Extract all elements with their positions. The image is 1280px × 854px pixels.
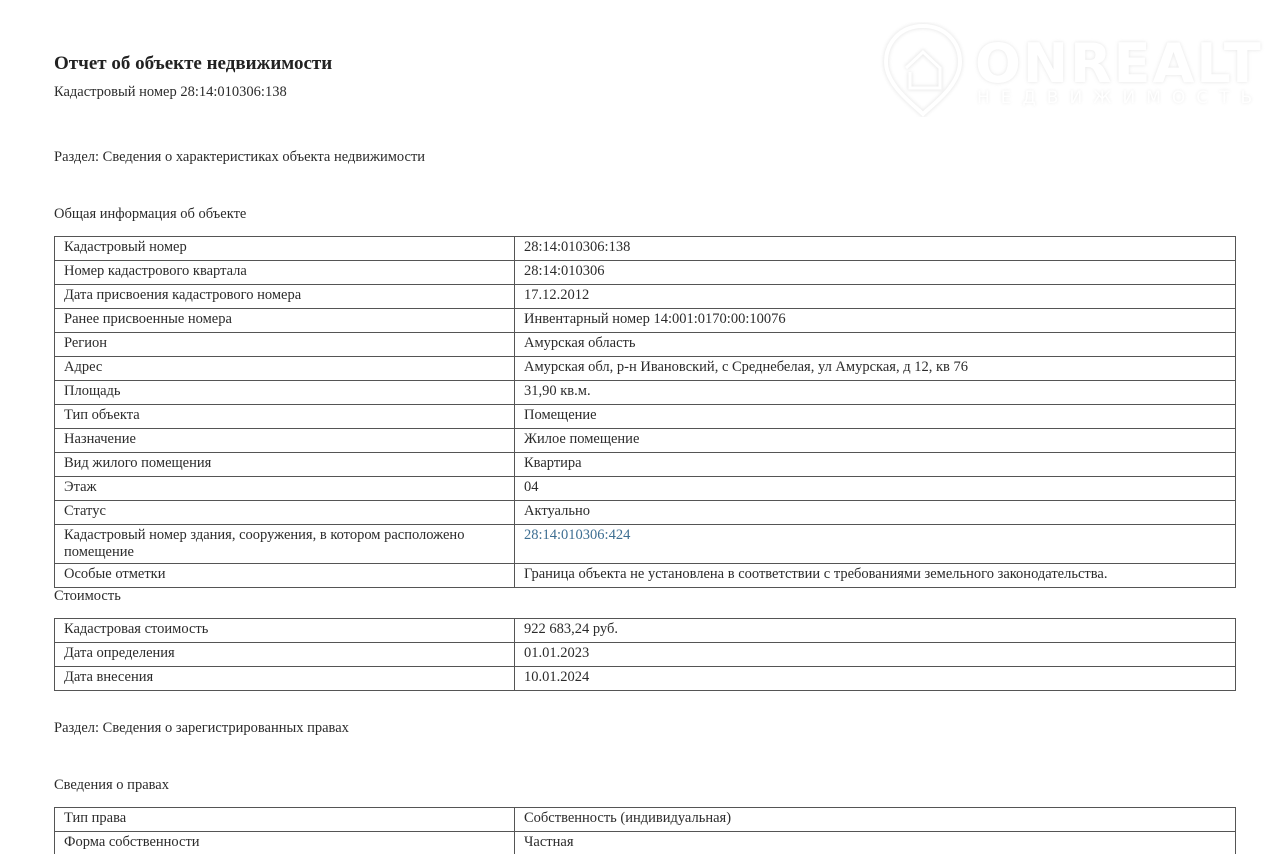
row-value: 31,90 кв.м. xyxy=(515,381,1236,405)
row-label: Статус xyxy=(55,501,515,525)
row-value: Актуально xyxy=(515,501,1236,525)
row-label: Кадастровый номер xyxy=(55,237,515,261)
watermark-brand: ONREALT xyxy=(975,32,1263,95)
row-value: 922 683,24 руб. xyxy=(515,619,1236,643)
table-row: РегионАмурская область xyxy=(55,333,1236,357)
row-value: 01.01.2023 xyxy=(515,643,1236,667)
row-label: Назначение xyxy=(55,429,515,453)
row-value: Жилое помещение xyxy=(515,429,1236,453)
row-label: Кадастровый номер здания, сооружения, в … xyxy=(55,525,515,564)
row-label: Тип права xyxy=(55,808,515,832)
general-info-heading: Общая информация об объекте xyxy=(54,206,246,223)
row-value: Помещение xyxy=(515,405,1236,429)
rights-table: Тип праваСобственность (индивидуальная)Ф… xyxy=(54,807,1236,854)
row-label: Номер кадастрового квартала xyxy=(55,261,515,285)
row-label: Дата присвоения кадастрового номера xyxy=(55,285,515,309)
table-row: Ранее присвоенные номераИнвентарный номе… xyxy=(55,309,1236,333)
row-label: Дата определения xyxy=(55,643,515,667)
row-label: Форма собственности xyxy=(55,832,515,854)
table-row: НазначениеЖилое помещение xyxy=(55,429,1236,453)
table-row: Вид жилого помещенияКвартира xyxy=(55,453,1236,477)
table-row: Тип объектаПомещение xyxy=(55,405,1236,429)
row-value: 28:14:010306:138 xyxy=(515,237,1236,261)
row-value: Квартира xyxy=(515,453,1236,477)
row-value: 17.12.2012 xyxy=(515,285,1236,309)
cadastral-number-subtitle: Кадастровый номер 28:14:010306:138 xyxy=(54,84,287,101)
page-title: Отчет об объекте недвижимости xyxy=(54,53,332,75)
onrealt-watermark: ONREALT НЕДВИЖИМОСТЬ xyxy=(880,22,1250,117)
table-row: Кадастровый номер здания, сооружения, в … xyxy=(55,525,1236,564)
table-row: Кадастровый номер28:14:010306:138 xyxy=(55,237,1236,261)
row-value: Амурская область xyxy=(515,333,1236,357)
table-row: Площадь31,90 кв.м. xyxy=(55,381,1236,405)
table-row: АдресАмурская обл, р-н Ивановский, с Сре… xyxy=(55,357,1236,381)
section-characteristics-heading: Раздел: Сведения о характеристиках объек… xyxy=(54,149,425,166)
table-row: Тип праваСобственность (индивидуальная) xyxy=(55,808,1236,832)
table-row: СтатусАктуально xyxy=(55,501,1236,525)
row-value: Частная xyxy=(515,832,1236,854)
row-label: Особые отметки xyxy=(55,564,515,588)
table-row: Кадастровая стоимость922 683,24 руб. xyxy=(55,619,1236,643)
house-pin-icon xyxy=(880,22,966,117)
row-value: Амурская обл, р-н Ивановский, с Среднебе… xyxy=(515,357,1236,381)
watermark-tagline: НЕДВИЖИМОСТЬ xyxy=(977,88,1263,108)
row-value: Собственность (индивидуальная) xyxy=(515,808,1236,832)
table-row: Форма собственностиЧастная xyxy=(55,832,1236,854)
table-row: Номер кадастрового квартала28:14:010306 xyxy=(55,261,1236,285)
row-label: Ранее присвоенные номера xyxy=(55,309,515,333)
row-value: Граница объекта не установлена в соответ… xyxy=(515,564,1236,588)
table-row: Дата присвоения кадастрового номера17.12… xyxy=(55,285,1236,309)
row-label: Площадь xyxy=(55,381,515,405)
table-row: Дата определения01.01.2023 xyxy=(55,643,1236,667)
row-label: Вид жилого помещения xyxy=(55,453,515,477)
table-row: Дата внесения10.01.2024 xyxy=(55,667,1236,691)
general-info-table: Кадастровый номер28:14:010306:138Номер к… xyxy=(54,236,1236,588)
table-row: Этаж04 xyxy=(55,477,1236,501)
row-label: Тип объекта xyxy=(55,405,515,429)
row-label: Этаж xyxy=(55,477,515,501)
building-cadastral-link[interactable]: 28:14:010306:424 xyxy=(524,527,630,543)
row-label: Адрес xyxy=(55,357,515,381)
cost-table: Кадастровая стоимость922 683,24 руб.Дата… xyxy=(54,618,1236,691)
row-label: Дата внесения xyxy=(55,667,515,691)
row-label: Кадастровая стоимость xyxy=(55,619,515,643)
section-rights-heading: Раздел: Сведения о зарегистрированных пр… xyxy=(54,720,349,737)
row-value: 28:14:010306:424 xyxy=(515,525,1236,564)
row-value: Инвентарный номер 14:001:0170:00:10076 xyxy=(515,309,1236,333)
row-label: Регион xyxy=(55,333,515,357)
cost-heading: Стоимость xyxy=(54,588,121,605)
row-value: 10.01.2024 xyxy=(515,667,1236,691)
rights-heading: Сведения о правах xyxy=(54,777,169,794)
table-row: Особые отметкиГраница объекта не установ… xyxy=(55,564,1236,588)
row-value: 04 xyxy=(515,477,1236,501)
row-value: 28:14:010306 xyxy=(515,261,1236,285)
